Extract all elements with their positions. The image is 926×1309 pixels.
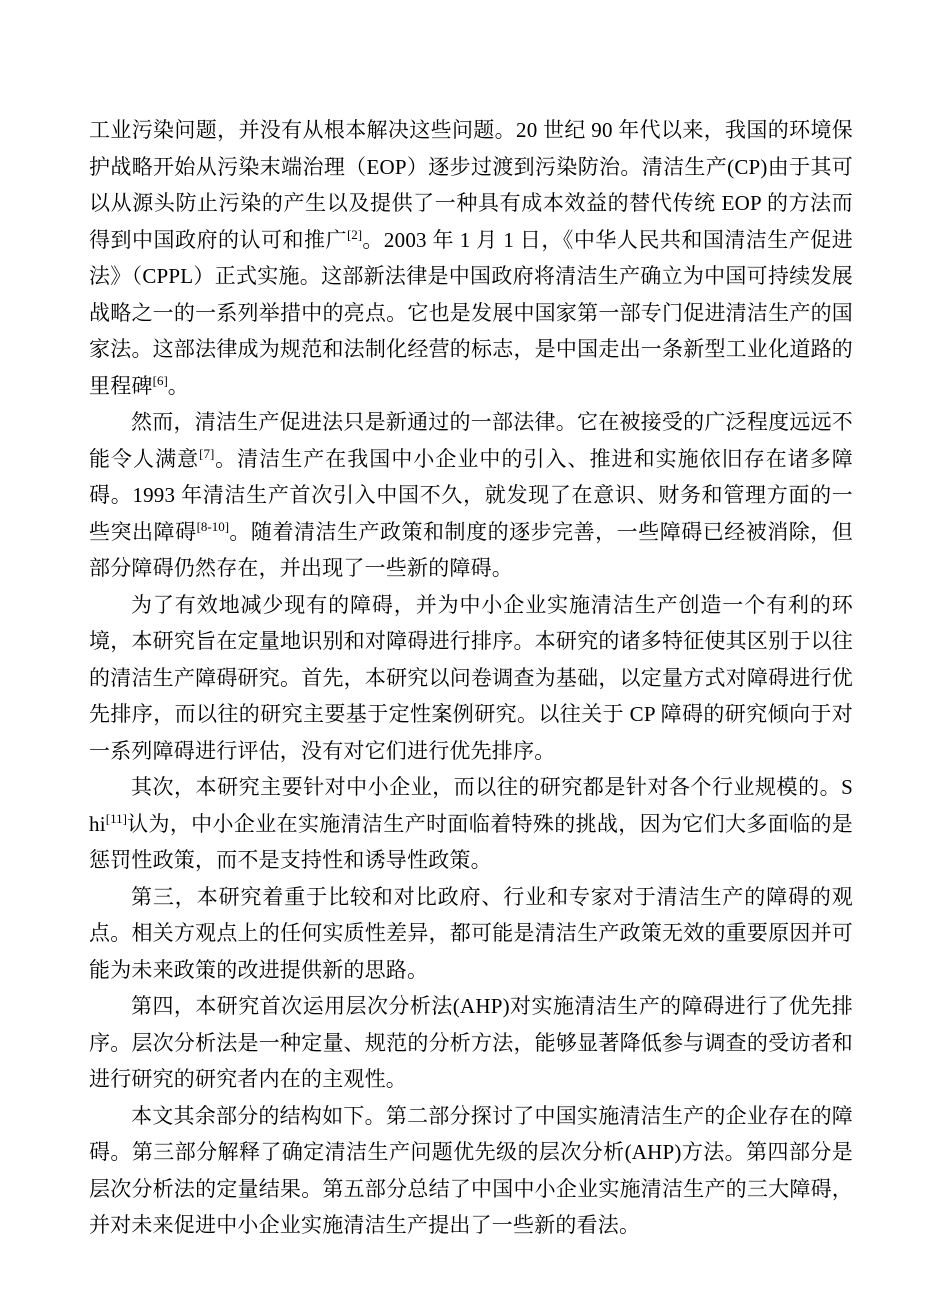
paragraph: 然而，清洁生产促进法只是新通过的一部法律。它在被接受的广泛程度远远不能令人满意[… bbox=[89, 404, 853, 587]
text-run: 。 bbox=[168, 374, 189, 398]
paragraph: 其次，本研究主要针对中小企业，而以往的研究都是针对各个行业规模的。Shi[11]… bbox=[89, 769, 853, 879]
text-run: 第四，本研究首次运用层次分析法(AHP)对实施清洁生产的障碍进行了优先排序。层次… bbox=[89, 994, 853, 1091]
text-run: 认为，中小企业在实施清洁生产时面临着特殊的挑战，因为它们大多面临的是惩罚性政策，… bbox=[89, 812, 853, 873]
paragraph: 为了有效地减少现有的障碍，并为中小企业实施清洁生产创造一个有利的环境，本研究旨在… bbox=[89, 587, 853, 770]
text-run: 。2003 年 1 月 1 日，《中华人民共和国清洁生产促进法》（CPPL）正式… bbox=[89, 228, 853, 398]
text-run: 第三，本研究着重于比较和对比政府、行业和专家对于清洁生产的障碍的观点。相关方观点… bbox=[89, 885, 853, 982]
citation-superscript: [8-10] bbox=[197, 519, 230, 534]
citation-superscript: [11] bbox=[106, 811, 127, 826]
citation-superscript: [7] bbox=[199, 446, 214, 461]
paragraph: 工业污染问题，并没有从根本解决这些问题。20 世纪 90 年代以来，我国的环境保… bbox=[89, 112, 853, 404]
text-run: 本文其余部分的结构如下。第二部分探讨了中国实施清洁生产的企业存在的障碍。第三部分… bbox=[89, 1104, 853, 1238]
paragraph: 第四，本研究首次运用层次分析法(AHP)对实施清洁生产的障碍进行了优先排序。层次… bbox=[89, 988, 853, 1098]
citation-superscript: [6] bbox=[153, 373, 168, 388]
document-body: 工业污染问题，并没有从根本解决这些问题。20 世纪 90 年代以来，我国的环境保… bbox=[89, 112, 853, 1244]
citation-superscript: [2] bbox=[347, 227, 362, 242]
document-page: 工业污染问题，并没有从根本解决这些问题。20 世纪 90 年代以来，我国的环境保… bbox=[0, 0, 926, 1309]
text-run: 为了有效地减少现有的障碍，并为中小企业实施清洁生产创造一个有利的环境，本研究旨在… bbox=[89, 593, 853, 763]
paragraph: 本文其余部分的结构如下。第二部分探讨了中国实施清洁生产的企业存在的障碍。第三部分… bbox=[89, 1098, 853, 1244]
paragraph: 第三，本研究着重于比较和对比政府、行业和专家对于清洁生产的障碍的观点。相关方观点… bbox=[89, 879, 853, 989]
